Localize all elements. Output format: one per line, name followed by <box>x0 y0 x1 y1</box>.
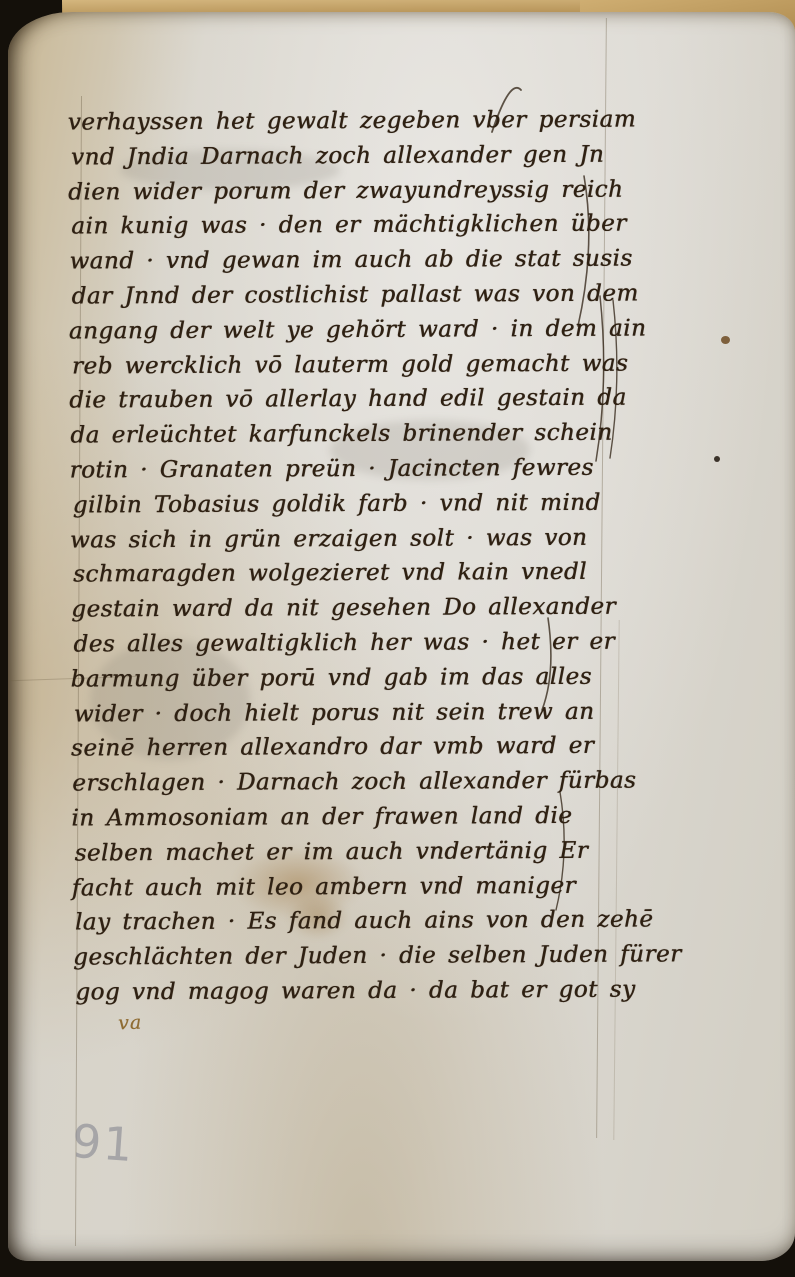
manuscript-line: wider · doch hielt porus nit sein trew a… <box>71 694 656 732</box>
text-block: verhayssen het gewalt zegeben vber persi… <box>68 102 658 1010</box>
manuscript-line: ain kunig was · den er mächtigklichen üb… <box>68 207 653 245</box>
manuscript-line: dien wider porum der zwayundreyssig reic… <box>68 172 653 210</box>
manuscript-line: die trauben vō allerlay hand edil gestai… <box>69 381 654 419</box>
manuscript-line: gilbin Tobasius goldik farb · vnd nit mi… <box>70 485 655 523</box>
manuscript-line: dar Jnnd der costlichist pallast was von… <box>69 276 654 314</box>
speck <box>721 336 730 344</box>
manuscript-line: barmung über porū vnd gab im das alles <box>71 659 656 697</box>
manuscript-line: reb wercklich vō lauterm gold gemacht wa… <box>69 346 654 384</box>
manuscript-line: schmaragden wolgezieret vnd kain vnedl <box>70 555 655 593</box>
manuscript-line: gog vnd magog waren da · da bat er got s… <box>72 972 657 1010</box>
manuscript-line: in Ammosoniam an der frawen land die <box>71 798 656 836</box>
manuscript-line: wand · vnd gewan im auch ab die stat sus… <box>68 242 653 280</box>
manuscript-line: vnd Jndia Darnach zoch allexander gen Jn <box>68 137 653 175</box>
manuscript-line: erschlagen · Darnach zoch allexander für… <box>71 764 656 802</box>
manuscript-line: geschlächten der Juden · die selben Jude… <box>72 938 657 976</box>
manuscript-line: seinē herren allexandro dar vmb ward er <box>71 729 656 767</box>
manuscript-line: gestain ward da nit gesehen Do allexande… <box>70 590 655 628</box>
manuscript-line: selben machet er im auch vndertänig Er <box>71 833 656 871</box>
manuscript-line: da erleüchtet karfunckels brinender sche… <box>69 416 654 454</box>
manuscript-line: angang der welt ye gehört ward · in dem … <box>69 311 654 349</box>
manuscript-line: lay trachen · Es fand auch ains von den … <box>72 903 657 941</box>
manuscript-line: des alles gewaltigklich her was · het er… <box>70 624 655 662</box>
manuscript-line: verhayssen het gewalt zegeben vber persi… <box>68 102 653 140</box>
folio-number-pencil: 91 <box>70 1114 136 1172</box>
manuscript-line: facht auch mit leo ambern vnd maniger <box>72 868 657 906</box>
catchword: va <box>118 1012 143 1035</box>
speck <box>714 456 720 462</box>
photo-frame: verhayssen het gewalt zegeben vber persi… <box>0 0 795 1277</box>
manuscript-line: rotin · Granaten preün · Jacincten fewre… <box>69 450 654 488</box>
manuscript-line: was sich in grün erzaigen solt · was von <box>70 520 655 558</box>
